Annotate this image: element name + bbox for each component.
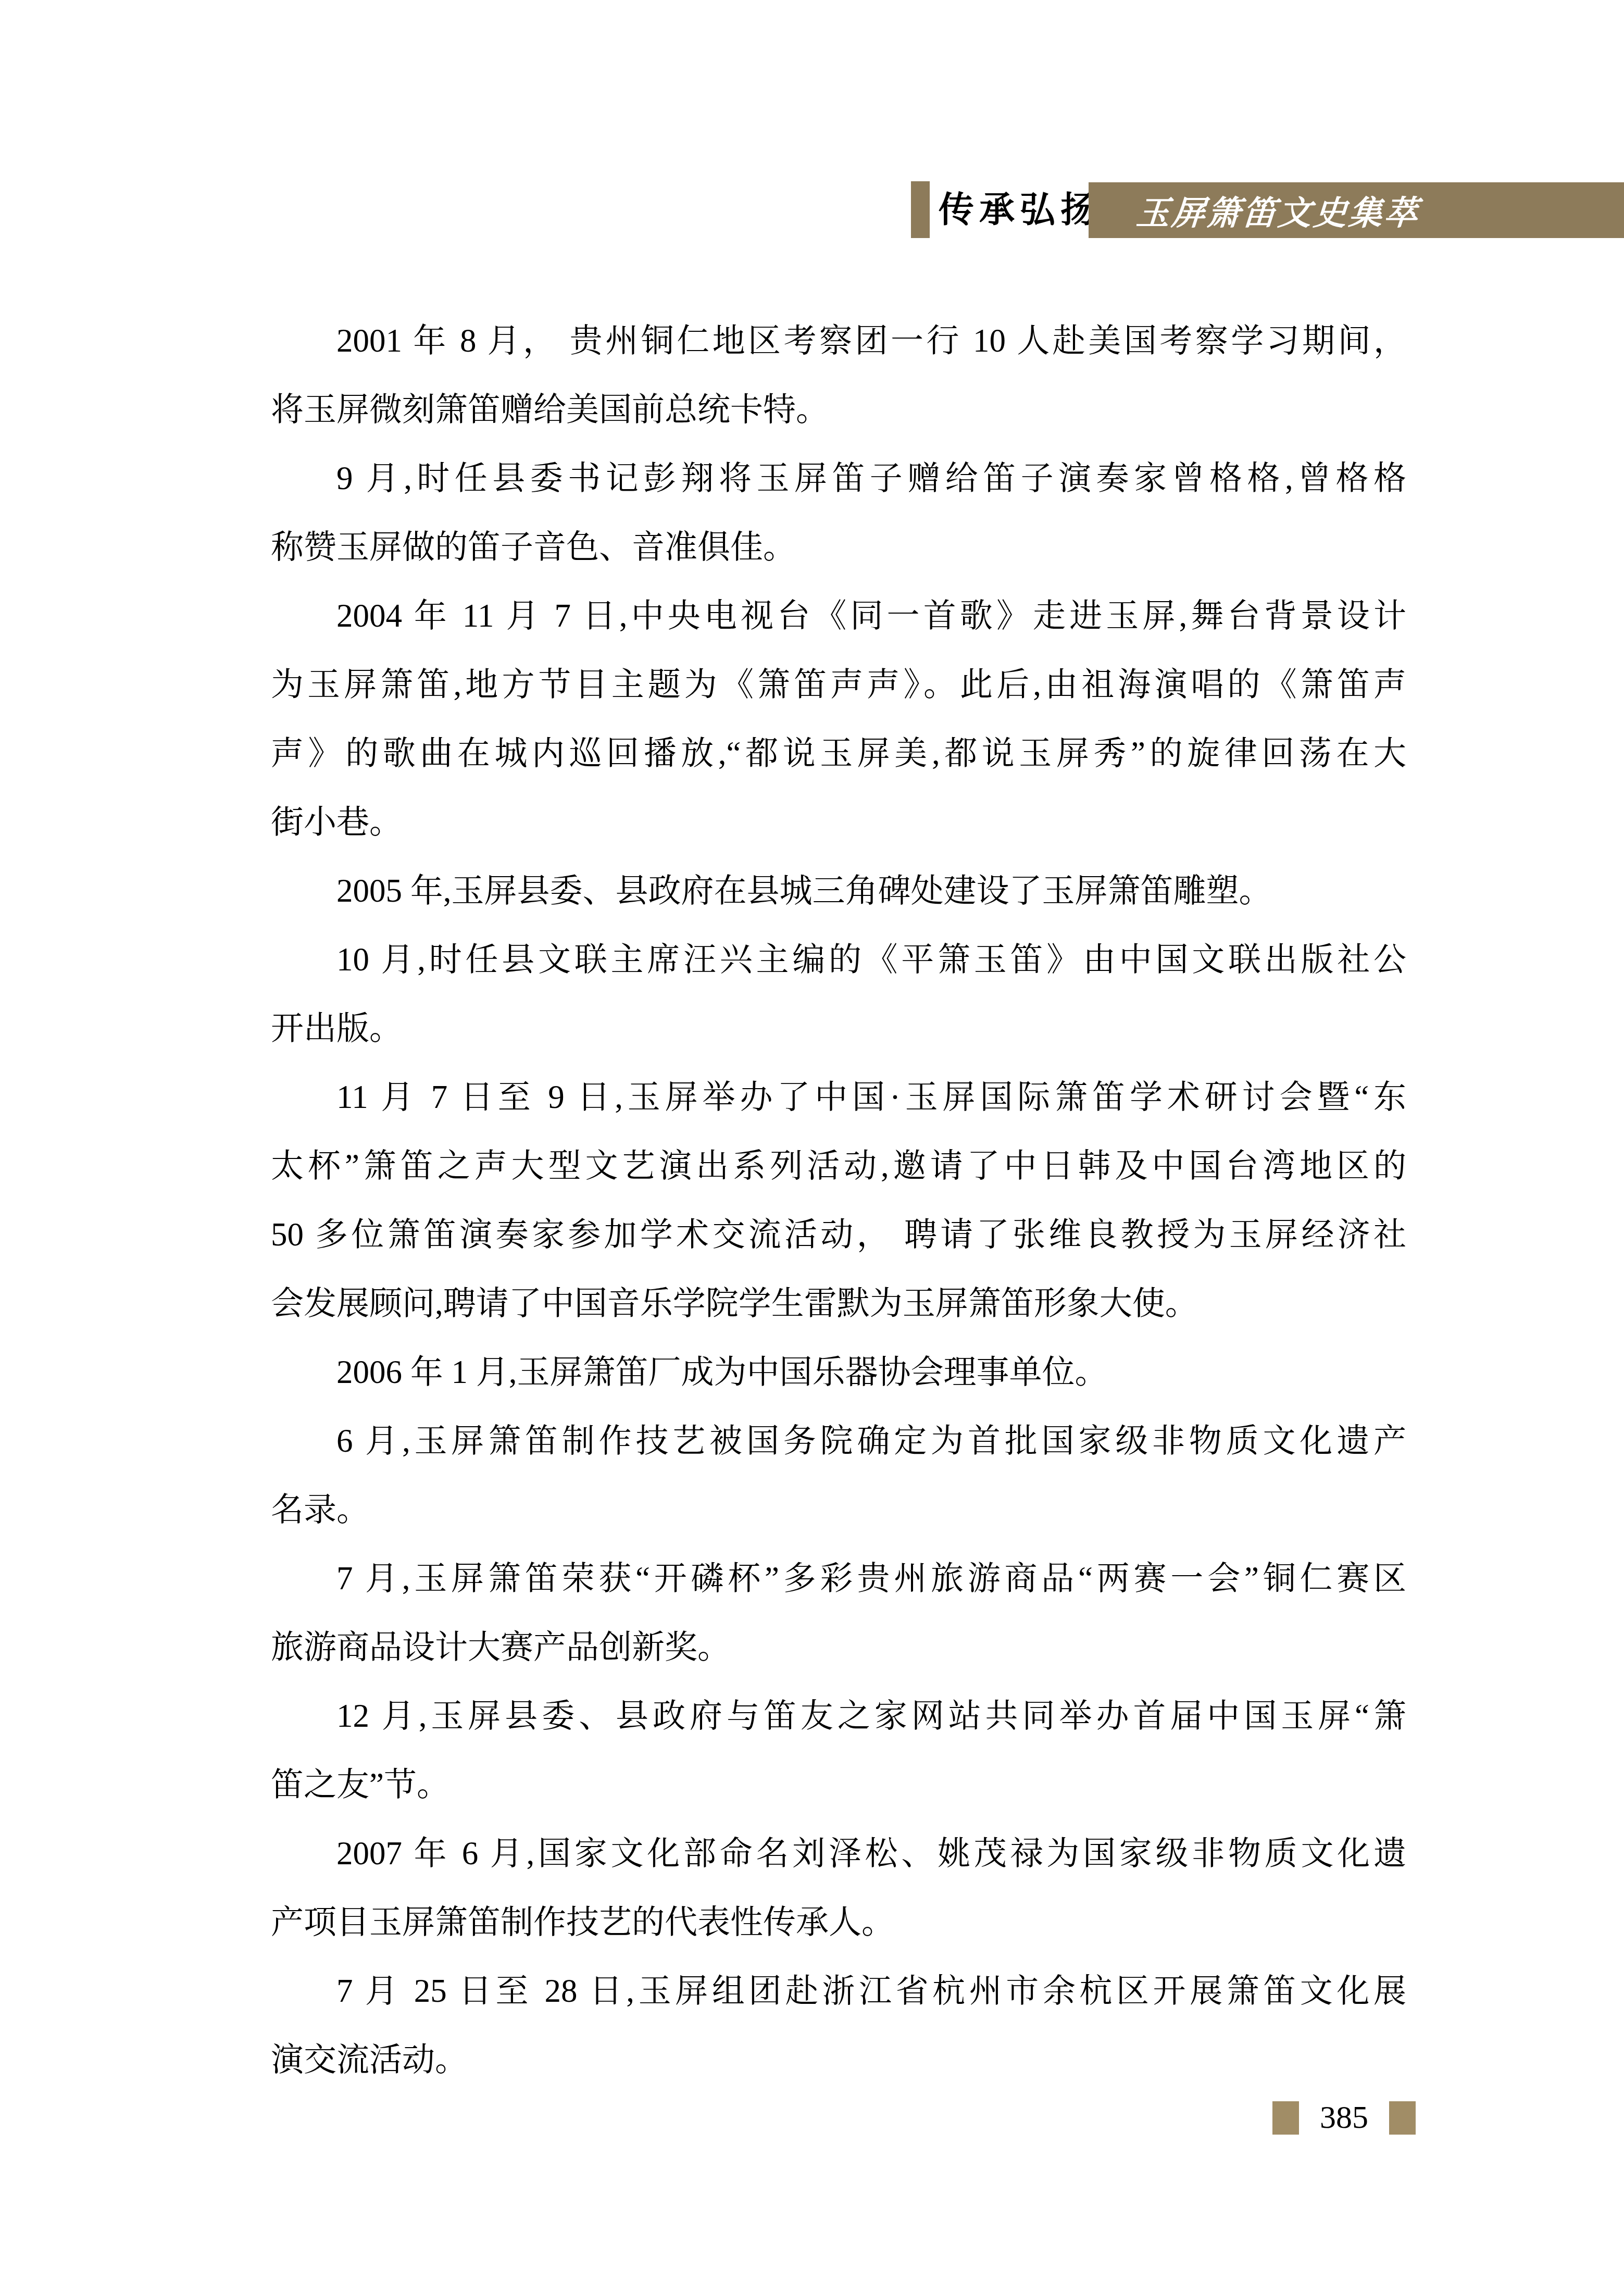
- text-line: 开出版。: [271, 994, 1406, 1063]
- text-line: 50 多位箫笛演奏家参加学术交流活动， 聘请了张维良教授为玉屏经济社: [271, 1200, 1406, 1269]
- text-line: 名录。: [271, 1475, 1406, 1544]
- text-line: 为玉屏箫笛,地方节目主题为《箫笛声声》。此后,由祖海演唱的《箫笛声: [271, 650, 1406, 719]
- text-line: 声》的歌曲在城内巡回播放,“都说玉屏美,都说玉屏秀”的旋律回荡在大: [271, 719, 1406, 788]
- text-line: 笛之友”节。: [271, 1750, 1406, 1819]
- text-line: 2006 年 1 月,玉屏箫笛厂成为中国乐器协会理事单位。: [271, 1338, 1406, 1406]
- text-line: 6 月,玉屏箫笛制作技艺被国务院确定为首批国家级非物质文化遗产: [271, 1406, 1406, 1475]
- section-label: 传承弘扬: [939, 182, 1101, 238]
- text-line: 演交流活动。: [271, 2025, 1406, 2094]
- text-line: 2001 年 8 月， 贵州铜仁地区考察团一行 10 人赴美国考察学习期间，: [271, 306, 1406, 375]
- text-line: 产项目玉屏箫笛制作技艺的代表性传承人。: [271, 1888, 1406, 1956]
- text-line: 7 月 25 日至 28 日,玉屏组团赴浙江省杭州市余杭区开展箫笛文化展: [271, 1956, 1406, 2025]
- text-line: 11 月 7 日至 9 日,玉屏举办了中国·玉屏国际箫笛学术研讨会暨“东: [271, 1063, 1406, 1131]
- text-line: 称赞玉屏做的笛子音色、音准俱佳。: [271, 513, 1406, 581]
- text-line: 太杯”箫笛之声大型文艺演出系列活动,邀请了中日韩及中国台湾地区的: [271, 1131, 1406, 1200]
- series-title-calligraphy: 玉屏箫笛文史集萃: [1087, 186, 1421, 234]
- text-line: 旅游商品设计大赛产品创新奖。: [271, 1613, 1406, 1681]
- text-line: 2007 年 6 月,国家文化部命名刘泽松、姚茂禄为国家级非物质文化遗: [271, 1819, 1406, 1888]
- series-title-banner: 玉屏箫笛文史集萃: [1089, 182, 1624, 238]
- text-line: 会发展顾问,聘请了中国音乐学院学生雷默为玉屏箫笛形象大使。: [271, 1269, 1406, 1338]
- text-line: 2004 年 11 月 7 日,中央电视台《同一首歌》走进玉屏,舞台背景设计: [271, 581, 1406, 650]
- footer-right-square: [1389, 2101, 1416, 2135]
- body-text: 2001 年 8 月， 贵州铜仁地区考察团一行 10 人赴美国考察学习期间，将玉…: [271, 306, 1406, 2094]
- text-line: 2005 年,玉屏县委、县政府在县城三角碑处建设了玉屏箫笛雕塑。: [271, 856, 1406, 925]
- text-line: 12 月,玉屏县委、县政府与笛友之家网站共同举办首届中国玉屏“箫: [271, 1681, 1406, 1750]
- page-number: 385: [1299, 2095, 1389, 2140]
- text-line: 9 月,时任县委书记彭翔将玉屏笛子赠给笛子演奏家曾格格,曾格格: [271, 444, 1406, 513]
- text-line: 10 月,时任县文联主席汪兴主编的《平箫玉笛》由中国文联出版社公: [271, 925, 1406, 994]
- text-line: 将玉屏微刻箫笛赠给美国前总统卡特。: [271, 375, 1406, 444]
- header-accent-bar: [911, 181, 930, 238]
- footer-left-square: [1272, 2101, 1299, 2135]
- text-line: 7 月,玉屏箫笛荣获“开磷杯”多彩贵州旅游商品“两赛一会”铜仁赛区: [271, 1544, 1406, 1613]
- text-line: 街小巷。: [271, 788, 1406, 856]
- book-page: 传承弘扬 玉屏箫笛文史集萃 2001 年 8 月， 贵州铜仁地区考察团一行 10…: [0, 0, 1624, 2269]
